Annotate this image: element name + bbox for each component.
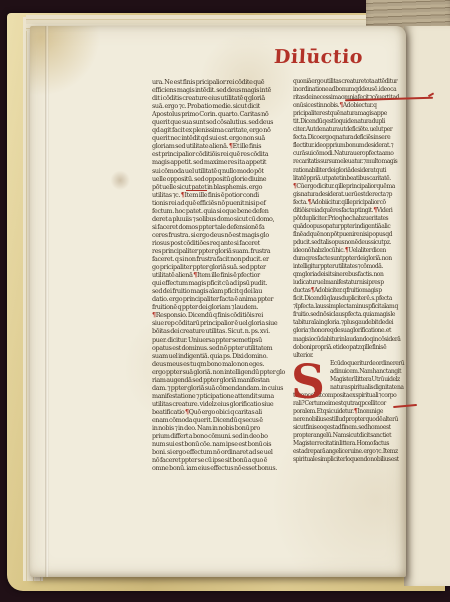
text-line: suā. ergo ⁊c. Probatio medie. sicut dici… [152,102,289,110]
text-line: dum q res facte sunt ppter dei gloriā. n… [293,255,407,263]
text-line: est principalior cōditiōis rei quē res c… [152,150,289,158]
text-line: fruitionē q ppter dei gloriam ⁊ laudem. [152,303,289,311]
text-line: fruitio. sed nō sic laus pfecta. quia ma… [293,311,407,319]
text-line: magis iocūdabitur in laudando q in cōsid… [293,336,407,344]
text-line: in nobis ⁊ in deo. Nam in nobis bonū pro [152,424,289,432]
pilcrow-rubric: ¶ [152,311,156,319]
text-line: ditiōis rei ad quē res facta ptingit. ¶V… [293,207,407,215]
pilcrow-rubric: ¶ [345,247,348,254]
text-line: magis appetit. sed maxime res ita appeti… [152,158,289,166]
text-line: suam uel indigentiā. quia ps. Dixi domin… [152,352,289,360]
pilcrow-rubric: ¶ [373,207,376,214]
text-line: deret a pluuiis ⁊ solibus domo sicut cū … [152,215,289,223]
text-line: manifestatione ⁊ pticipatione attendit s… [152,392,289,400]
text-line: qm gloria dei sit sine rebus factis. non [293,271,407,279]
text-line: utilitas creature. videlz eius glorifica… [152,400,289,408]
text-line: pōt uelle sicut patet in blasphemis. erg… [152,183,289,191]
text-line: flectitur. ideo pprium bonum desiderat. … [293,142,407,150]
text-line: fecta. ¶Ad obiicitur. q ille pricipalior… [293,199,407,207]
text-line: deus meus es tu qm bono malo non eges. [152,360,289,368]
text-line: intelligitur ppter utilitates ⁊ cōmodā. [293,263,407,271]
text-line: uelle oppositū. sed oppositū glorie diui… [152,175,289,183]
pilcrow-rubric: ¶ [308,199,311,206]
text-line: tionis rei ad quē efficiēs nō puenit nis… [152,199,289,207]
text-line: querit que sua sunt sed cōsalutius. sed … [152,118,289,126]
pilcrow-rubric: ¶ [185,408,189,416]
text-line: tabitur aīa in gloria. ⁊ plus gaudebit d… [293,319,407,327]
text-line: qd agit facit ex plenissima caritate, er… [152,126,289,134]
text-line: sicut finis eo q est ad finem. sed homo … [293,424,407,432]
second-question-section: SEcūdo queritur de ordine rerūadinuicem.… [293,360,407,465]
text-line: ura. Ne est finis pricipalior rei cōdite… [152,78,289,86]
text-line: gloria ⁊ honore q de sua glorificatione.… [293,327,407,335]
text-line: num sui est bonū cōe. nam ipse est bonū … [152,440,289,448]
text-line: quoniā ergo utilitas creature tota attēd… [293,78,407,86]
pilcrow-rubric: ¶ [339,102,342,109]
text-line: gis natura desiderat. uerū est de recta … [293,191,407,199]
text-line: pricipaliter est quē natura magis appe [293,110,407,118]
text-line: riosus post cōditiōes req ante si facere… [152,239,289,247]
text-line: onū sic est in nobis. ¶Ad obiectur. q [293,102,407,110]
text-line: fectum. hoc patet. quia si eque bene def… [152,207,289,215]
pilcrow-rubric: ¶ [354,408,357,415]
text-line: Apostolus primo Corin. quarto. Caritas n… [152,110,289,118]
lombard-initial: S [291,361,329,405]
text-line: gloriam sed utilitate alienā. ¶Et ille f… [152,142,289,150]
main-page: Dilūctio ura. Ne est finis pricipalior r… [30,26,406,577]
text-line: querit nec intēdit qd sui est. ergo non … [152,134,289,142]
text-line: citer. Aut de natura ut deficiēte. uel u… [293,126,407,134]
book-photo: Dilūctio ura. Ne est finis pricipalior r… [0,0,450,602]
text-column-right: quoniā ergo utilitas creature tota attēd… [293,78,407,464]
text-line: do boni propriā. et ideo patz q ille fin… [293,344,407,352]
text-line: qui effectum magis pficit cū ad ipsū pud… [152,279,289,287]
text-line: pōt dupliciter. Prio q hoc habz ueritate… [293,215,407,223]
pilcrow-rubric: ¶ [293,183,296,190]
text-line: spirituale simpliciter loquendo nobilius… [293,456,407,464]
pilcrow-rubric: ¶ [229,142,233,150]
text-line: ergo ppter suā gloriā. non intelligendū … [152,368,289,376]
text-line: ceres frustra. si ergo deus nō est magis… [152,231,289,239]
text-line: omne bonū. iam eius effectus nō esset bo… [152,464,289,472]
text-line: litatē ppriā. ut patet in beatibus carit… [293,175,407,183]
text-line: sed dei fruitio magis aīam pficit q dei … [152,287,289,295]
text-line: ideo nō habz locū hic. ¶Uel aliter dicen [293,247,407,255]
text-line: curā sui cōmodi. Natura uero pfecta amo [293,150,407,158]
text-line: beatificatio ¶Quō ergo obici q caritas a… [152,408,289,416]
running-title: Dilūctio [273,46,363,68]
text-line: ⁊ īpfecta. laus simplecta minus pficit a… [293,303,407,311]
text-line: enam cōmoda querit. Dicendū q secus ē [152,416,289,424]
pilcrow-rubric: ¶ [193,271,197,279]
text-line: datio. ergo principaliter facta ē anima … [152,295,289,303]
text-line: dam. ⁊ ppter gloriā suā cōmendandam. in … [152,384,289,392]
text-line: in ordinatione ad bonum qd deus ē. ideo … [293,86,407,94]
text-line: ficit. Dicendū q laus dupliciter ē. s. p… [293,295,407,303]
page-crease [45,26,49,577]
text-line: si faceret domos ppter tale defensionē f… [152,223,289,231]
text-line: puer. dicitur. Uniuersa ppter semetipsū [152,336,289,344]
text-line: siue rep cōditarū principalior ē uel glo… [152,319,289,327]
text-column-left: ura. Ne est finis pricipalior rei cōdite… [152,78,289,472]
pilcrow-rubric: ¶ [311,287,314,294]
text-line: ¶Cū ergo dicitur. q ille principalior qu… [293,183,407,191]
text-line: efficiens magis intēdit. sed deus magis … [152,86,289,94]
text-line: quādo opus opatur ppter indigentiā alic [293,223,407,231]
text-line: nō faceret ppter se cū ipse sit bonū a q… [152,456,289,464]
text-line: riam augendā sed ppter gloriā manifestan [152,376,289,384]
text-line: propter angelū. Nam sicut dicit sancti e… [293,432,407,440]
text-line: boni. si ergo effectum nō ordinaret ad s… [152,448,289,456]
text-line: ductas ¶Ad obiciter. q fruitio magis p [293,287,407,295]
text-line: opatus est dominus. sed nō ppter utilita… [152,344,289,352]
rubric-underline-mark [186,190,207,191]
text-line: rationabiliter dei gloriā desiderat q ut… [293,167,407,175]
text-line: go pricipaliter ppter gloriā suā. sed pp… [152,263,289,271]
text-line: iudicatur uel manifestatur nisi p res p [293,279,407,287]
text-line: tit. Dicendū q est loqui de natura dupli [293,118,407,126]
text-line: bōitas dei creature utilitas. Sicut. n. … [152,327,289,335]
text-line: Magister recitat in littera. Homo factus [293,440,407,448]
text-line: faceret. q si non frustra facit non pduc… [152,255,289,263]
pilcrow-rubric: ¶ [181,191,185,199]
text-line: nere nobilius est illud propter quod ē a… [293,416,407,424]
text-line: ¶Responsio. Dicendū q finis cōditiōis re… [152,311,289,319]
text-line: res principaliter ppter gloriā suam. fru… [152,247,289,255]
text-line: utilitatē alienā ¶Item ille finis ē pfec… [152,271,289,279]
next-page-surface [404,26,450,586]
text-line: est ad reparā angelice ruine. ergo ⁊c. I… [293,448,407,456]
text-line: fecta. Dico ergo q natura deficiēs in se… [293,134,407,142]
text-line: dit i cōditis creature eius utilitatē q … [152,94,289,102]
text-line: finē ad quē non pōt puenire nisi p opus … [293,231,407,239]
text-line: re caritatis sursum eleuatur. ⁊ multo ma… [293,158,407,166]
text-line: utilitas ⁊c. ¶Item ille finis ē potior c… [152,191,289,199]
text-line: prium differt a bono cōmuni. sed in deo … [152,432,289,440]
text-line: pducit. sed talis opus non ē deus sicut … [293,239,407,247]
text-line: sui cōmoda uel utilitatē q nullo modo pō… [152,167,289,175]
